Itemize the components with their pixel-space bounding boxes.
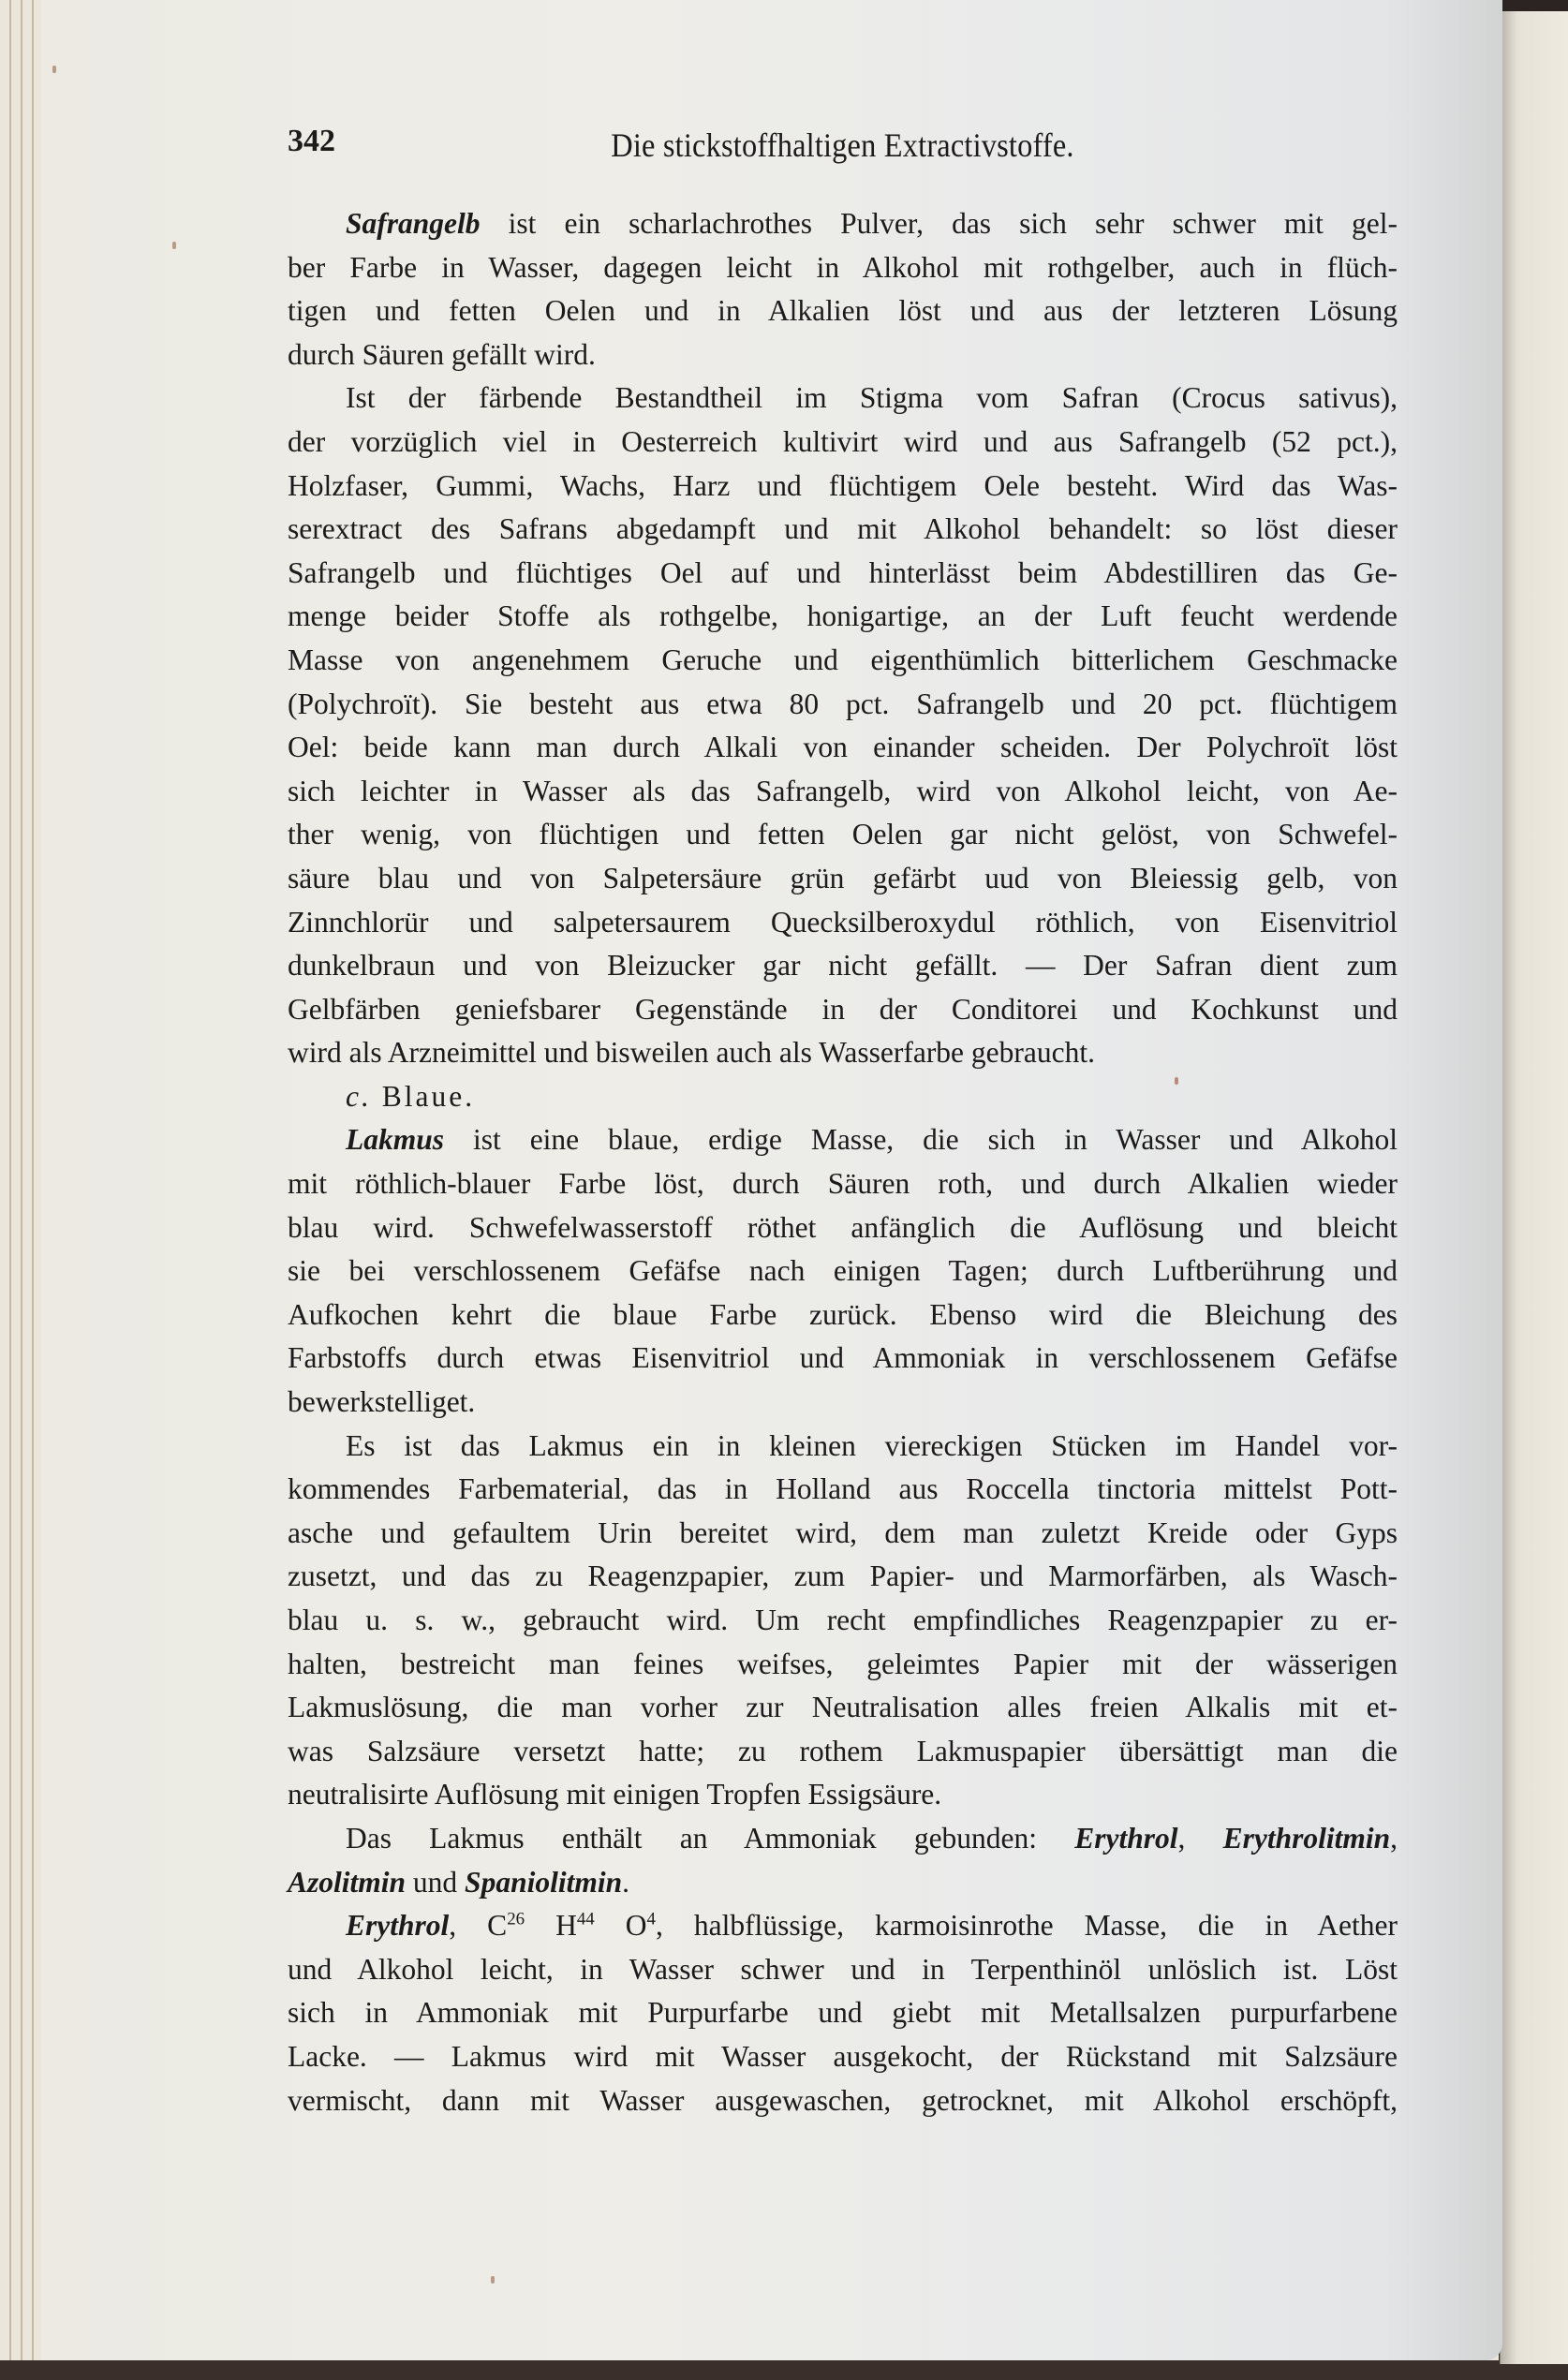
text-line: Es ist das Lakmus ein in kleinen viereck… (288, 1425, 1398, 1469)
chemical-formula: C26 H44 O4 (487, 1909, 656, 1942)
text-line: vermischt, dann mit Wasser ausgewaschen,… (288, 2079, 1398, 2123)
formula-count: 26 (507, 1910, 525, 1929)
formula-count: 4 (647, 1910, 656, 1929)
text-line: dunkelbraun und von Bleizucker gar nicht… (288, 944, 1398, 988)
section-subheading: c. Blaue. (288, 1075, 1398, 1119)
page-edge (9, 0, 11, 2360)
text-line: bewerkstelliget. (288, 1381, 1398, 1425)
text-line: halten, bestreicht man feines weifses, g… (288, 1643, 1398, 1687)
running-head: 342 Die stickstoffhaltigen Extractivstof… (288, 124, 1398, 180)
text-line: wird als Arzneimittel und bisweilen auch… (288, 1031, 1398, 1075)
text-line: Lacke. — Lakmus wird mit Wasser ausgekoc… (288, 2035, 1398, 2079)
text-line: neutralisirte Auflösung mit einigen Trop… (288, 1773, 1398, 1817)
text-line: Safrangelb und flüchtiges Oel auf und hi… (288, 552, 1398, 596)
text-line: sich in Ammoniak mit Purpurfarbe und gie… (288, 1991, 1398, 2035)
line-text: ist eine blaue, erdige Masse, die sich i… (444, 1123, 1398, 1156)
text-line: serextract des Safrans abgedampft und mi… (288, 508, 1398, 552)
text-line: Azolitmin und Spaniolitmin. (288, 1861, 1398, 1905)
text-line: Zinnchlorür und salpetersaurem Quecksilb… (288, 901, 1398, 945)
term-azolitmin: Azolitmin (288, 1866, 406, 1899)
text-line: menge beider Stoffe als rothgelbe, honig… (288, 595, 1398, 639)
text-line: säure blau und von Salpetersäure grün ge… (288, 857, 1398, 901)
paper-speck (52, 66, 56, 73)
text-line: (Polychroït). Sie besteht aus etwa 80 pc… (288, 683, 1398, 727)
text-line: sie bei verschlossenem Gefäfse nach eini… (288, 1249, 1398, 1293)
text-line: Masse von angenehmem Geruche und eigenth… (288, 639, 1398, 683)
page-content: 342 Die stickstoffhaltigen Extractivstof… (288, 124, 1398, 2122)
punctuation: . (622, 1866, 629, 1899)
text-line: Erythrol, C26 H44 O4, halbflüssige, karm… (288, 1904, 1398, 1948)
paragraph-lakmus-handel: Es ist das Lakmus ein in kleinen viereck… (288, 1425, 1398, 1817)
text-line: der vorzüglich viel in Oesterreich kulti… (288, 421, 1398, 465)
paragraph-safrangelb: Safrangelb ist ein scharlachrothes Pulve… (288, 202, 1398, 377)
text-line: zusetzt, und das zu Reagenzpapier, zum P… (288, 1555, 1398, 1599)
paper-speck (172, 242, 176, 249)
line-text: und (406, 1866, 465, 1899)
page-number: 342 (288, 124, 335, 159)
page-edge (21, 0, 22, 2360)
paragraph-lakmus-bestandteile: Das Lakmus enthält an Ammoniak gebunden:… (288, 1817, 1398, 1904)
text-line: sich leichter in Wasser als das Safrange… (288, 770, 1398, 814)
text-line: ther wenig, von flüchtigen und fetten Oe… (288, 813, 1398, 857)
text-line: Aufkochen kehrt die blaue Farbe zurück. … (288, 1293, 1398, 1338)
paragraph-lakmus: Lakmus ist eine blaue, erdige Masse, die… (288, 1118, 1398, 1424)
term-safrangelb: Safrangelb (346, 207, 481, 240)
text-line: Ist der färbende Bestandtheil im Stigma … (288, 377, 1398, 421)
term-lakmus: Lakmus (346, 1123, 444, 1156)
adjacent-page (1500, 11, 1568, 2364)
text-line: Farbstoffs durch etwas Eisenvitriol und … (288, 1337, 1398, 1381)
paragraph-safran: Ist der färbende Bestandtheil im Stigma … (288, 377, 1398, 1075)
page-edge (32, 0, 34, 2360)
line-text: ist ein scharlachrothes Pulver, das sich… (481, 207, 1398, 240)
text-line: tigen und fetten Oelen und in Alkalien l… (288, 289, 1398, 333)
text-line: und Alkohol leicht, in Wasser schwer und… (288, 1948, 1398, 1992)
text-line: Lakmuslösung, die man vorher zur Neutral… (288, 1686, 1398, 1730)
text-line: mit röthlich-blauer Farbe löst, durch Sä… (288, 1162, 1398, 1206)
text-line: blau u. s. w., gebraucht wird. Um recht … (288, 1599, 1398, 1643)
formula-count: 44 (577, 1910, 595, 1929)
term-spaniolitmin: Spaniolitmin (465, 1866, 622, 1899)
text-line: blau wird. Schwefelwasserstoff röthet an… (288, 1206, 1398, 1250)
text-line: Oel: beide kann man durch Alkali von ein… (288, 726, 1398, 770)
line-text: Das Lakmus enthält an Ammoniak gebunden: (346, 1822, 1074, 1855)
text-line: durch Säuren gefällt wird. (288, 333, 1398, 377)
term-erythrolitmin: Erythrolitmin (1223, 1822, 1391, 1855)
punctuation: , (1390, 1822, 1398, 1855)
text-line: asche und gefaultem Urin bereitet wird, … (288, 1512, 1398, 1556)
term-erythrol: Erythrol (346, 1909, 449, 1942)
text-line: Gelbfärben geniefsbarer Gegenstände in d… (288, 988, 1398, 1032)
text-line: was Salzsäure versetzt hatte; zu rothem … (288, 1730, 1398, 1774)
subheading-letter: c. (346, 1080, 372, 1113)
line-text: , halbflüssige, karmoisinrothe Masse, di… (656, 1909, 1398, 1942)
text-line: Holzfaser, Gummi, Wachs, Harz und flücht… (288, 465, 1398, 509)
running-title: Die stickstoffhaltigen Extractivstoffe. (343, 126, 1342, 165)
paragraph-erythrol: Erythrol, C26 H44 O4, halbflüssige, karm… (288, 1904, 1398, 2122)
formula-element: O (626, 1909, 647, 1942)
text-line: Lakmus ist eine blaue, erdige Masse, die… (288, 1118, 1398, 1162)
text-line: kommendes Farbematerial, das in Holland … (288, 1468, 1398, 1512)
text-line: ber Farbe in Wasser, dagegen leicht in A… (288, 246, 1398, 290)
subheading-title: Blaue. (382, 1080, 475, 1113)
term-erythrol: Erythrol (1074, 1822, 1177, 1855)
paper-speck (491, 2276, 495, 2284)
separator: , (1178, 1822, 1223, 1855)
formula-element: C (487, 1909, 507, 1942)
formula-element: H (555, 1909, 577, 1942)
text-line: Das Lakmus enthält an Ammoniak gebunden:… (288, 1817, 1398, 1861)
text-line: Safrangelb ist ein scharlachrothes Pulve… (288, 202, 1398, 246)
